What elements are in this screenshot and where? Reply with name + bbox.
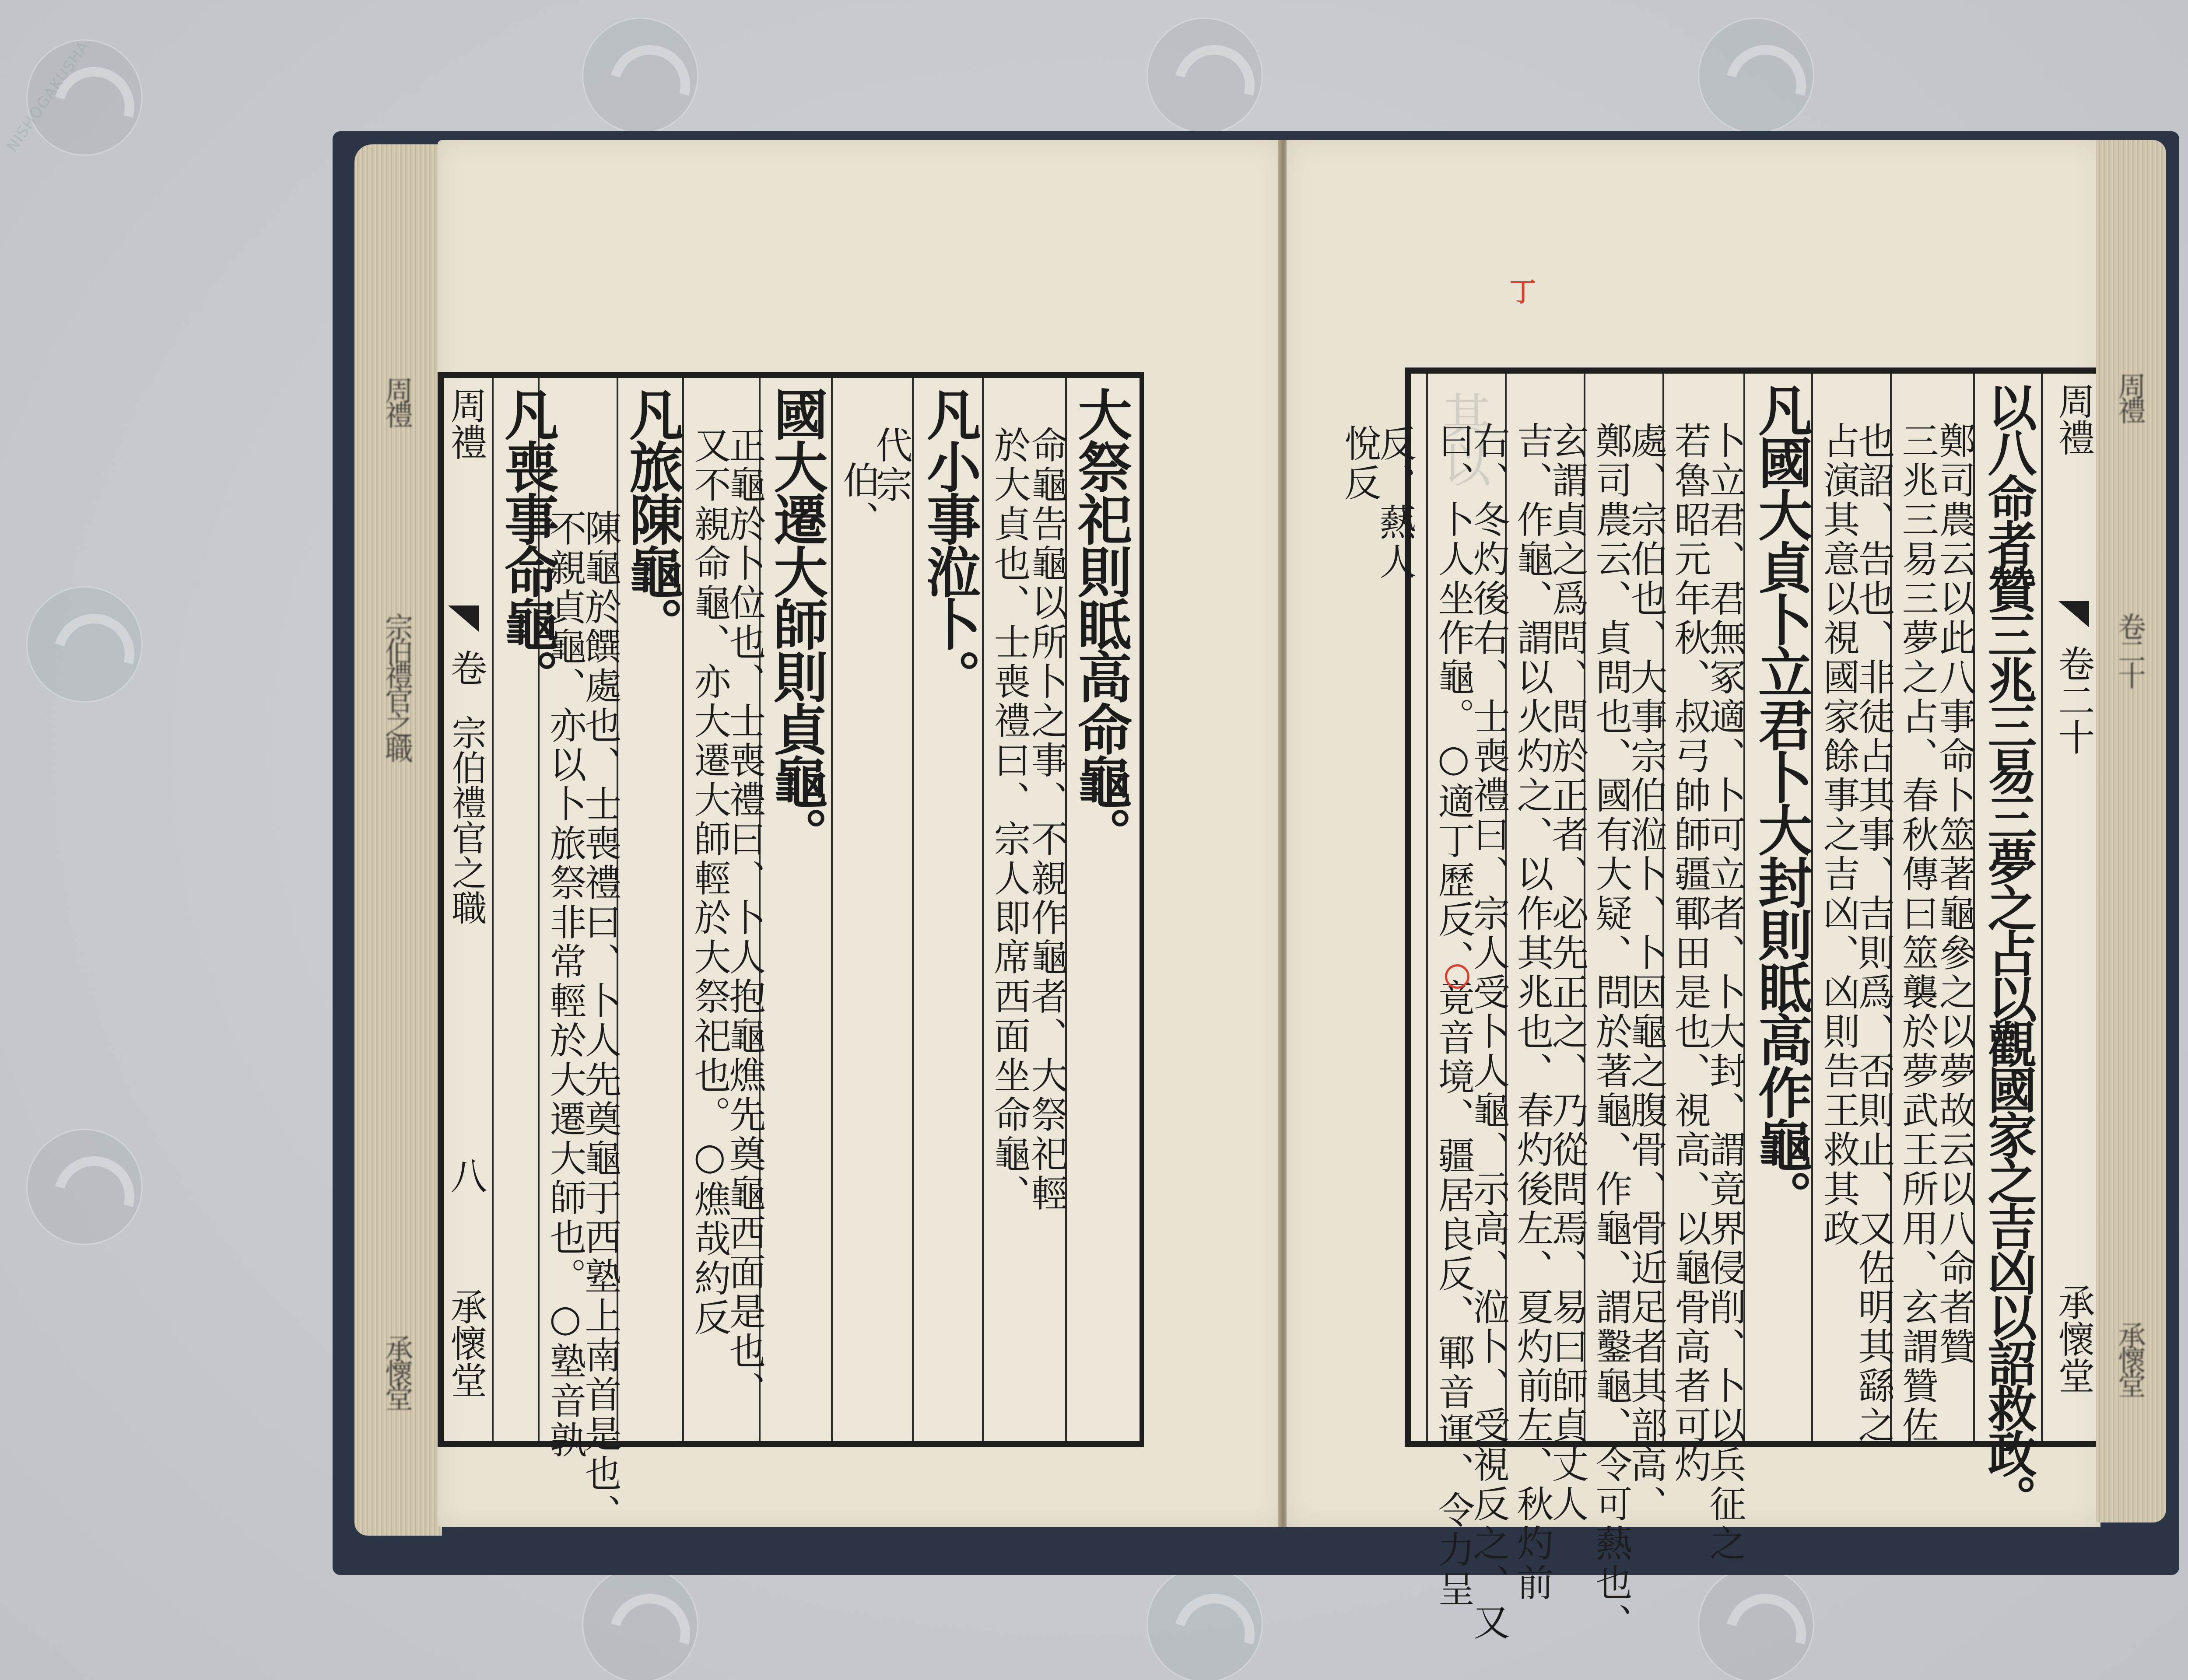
left-center-title: 周禮 [446, 387, 486, 460]
left-center-publisher: 承懷堂 [446, 1288, 486, 1398]
commentary-column: 占演其意以視國家餘事之吉凶、凶則告王救其政 [1818, 422, 1860, 1441]
left-center-volume: 卷 [446, 649, 486, 686]
column-rule [831, 378, 833, 1441]
column-rule [1426, 374, 1428, 1441]
right-page-stack [2096, 140, 2166, 1522]
commentary-column: 又不親命龜、亦大遷大師輕於大祭祀也。○燋哉約反 [689, 426, 731, 1441]
commentary-column: 三兆三易三夢之占、春秋傳曰筮襲於夢武王所用、玄謂贊佐 [1897, 422, 1939, 1441]
fish-tail-mark [448, 605, 479, 632]
right-fore-edge-text: 承懷堂 [2109, 1321, 2149, 1395]
left-center-chapter: 宗伯禮官之職 [446, 715, 486, 925]
watermark-logo [26, 1129, 143, 1245]
left-fore-edge-text: 宗伯禮官之職 [376, 612, 417, 759]
column-rule [982, 378, 984, 1441]
commentary-column: 曰、卜人坐作龜。○適丁歷反、竟音境、疆居良反、鄆音運、令力呈 [1433, 422, 1475, 1441]
commentary-column: 鄭司農云以此八事命卜筮著龜參之以夢故云以八命者贊 [1934, 422, 1976, 1441]
commentary-column: 於大貞也、士喪禮曰、宗人即席西面坐命龜、 [989, 426, 1031, 1441]
commentary-column: 悅反 [1339, 424, 1381, 599]
watermark-logo [1147, 17, 1263, 134]
watermark-logo [1698, 17, 1814, 134]
right-center-volume: 卷二十 [2054, 645, 2093, 755]
watermark-logo [582, 1566, 698, 1680]
right-fore-edge-text: 卷二十 [2109, 612, 2149, 686]
left-fore-edge-text: 周禮 [376, 376, 417, 425]
commentary-column: 吉、作龜、謂以火灼之、以作其兆也、春灼後左、夏灼前左、秋灼前 [1511, 422, 1553, 1441]
main-text-column: 以八命者贊三兆三易三夢之占以觀國家之吉凶以詔救政。 [1980, 382, 2037, 1441]
commentary-column: 命龜告龜以所卜之事、不親作龜者、大祭祀輕 [1026, 426, 1068, 1441]
fish-tail-mark [2058, 601, 2089, 627]
main-text-column: 大祭祀則眡高命龜。 [1069, 387, 1131, 1441]
watermark-logo [582, 17, 698, 134]
main-text-column: 凡國大貞卜立君卜大封則眡高作龜。 [1750, 382, 1811, 1441]
column-rule [2041, 374, 2043, 1441]
main-text-column: 凡旅陳龜。 [621, 387, 682, 1441]
watermark-logo [1698, 1566, 1814, 1680]
commentary-column: 伯、 [838, 461, 880, 1441]
commentary-column: 若魯昭元年秋、叔弓帥師疆鄆田是也、視高、以龜骨高者可灼 [1669, 422, 1711, 1441]
left-text-frame: 周禮 卷 宗伯禮官之職 八 承懷堂 大祭祀則眡高命龜。 命龜告龜以所卜之事、不親… [438, 372, 1144, 1447]
column-rule [492, 378, 494, 1441]
right-text-frame: 其以 周禮 卷二十 承懷堂 以八命者贊三兆三易三夢之占以觀國家之吉凶以詔救政。 … [1405, 367, 2102, 1447]
main-text-column: 凡喪事命龜。 [496, 387, 558, 1441]
watermark-logo [1147, 1566, 1263, 1680]
left-page-stack [354, 144, 442, 1536]
right-center-publisher: 承懷堂 [2054, 1284, 2093, 1394]
left-page: 周禮 卷 宗伯禮官之職 八 承懷堂 大祭祀則眡高命龜。 命龜告龜以所卜之事、不親… [438, 140, 1282, 1527]
right-page: 丁 其以 周禮 卷二十 承懷堂 以八命者贊三兆三易三夢之占以觀國家之吉凶以詔救政… [1287, 140, 2100, 1527]
left-center-folio: 八 [446, 1157, 486, 1193]
left-fore-edge-text: 承懷堂 [376, 1334, 417, 1408]
right-center-title: 周禮 [2054, 382, 2093, 456]
watermark-logo [26, 586, 143, 703]
main-text-column: 凡小事涖卜。 [919, 387, 980, 1441]
right-fore-edge-text: 周禮 [2109, 372, 2149, 421]
red-annotation-mark: 丁 [1510, 271, 1536, 309]
main-text-column: 國大遷大師則貞龜。 [765, 387, 827, 1441]
commentary-column: 鄭司農云、貞問也、國有大疑、問於著龜、作龜、謂鑿龜、令可爇也、 [1590, 422, 1632, 1441]
red-annotation-circle [1445, 964, 1469, 989]
